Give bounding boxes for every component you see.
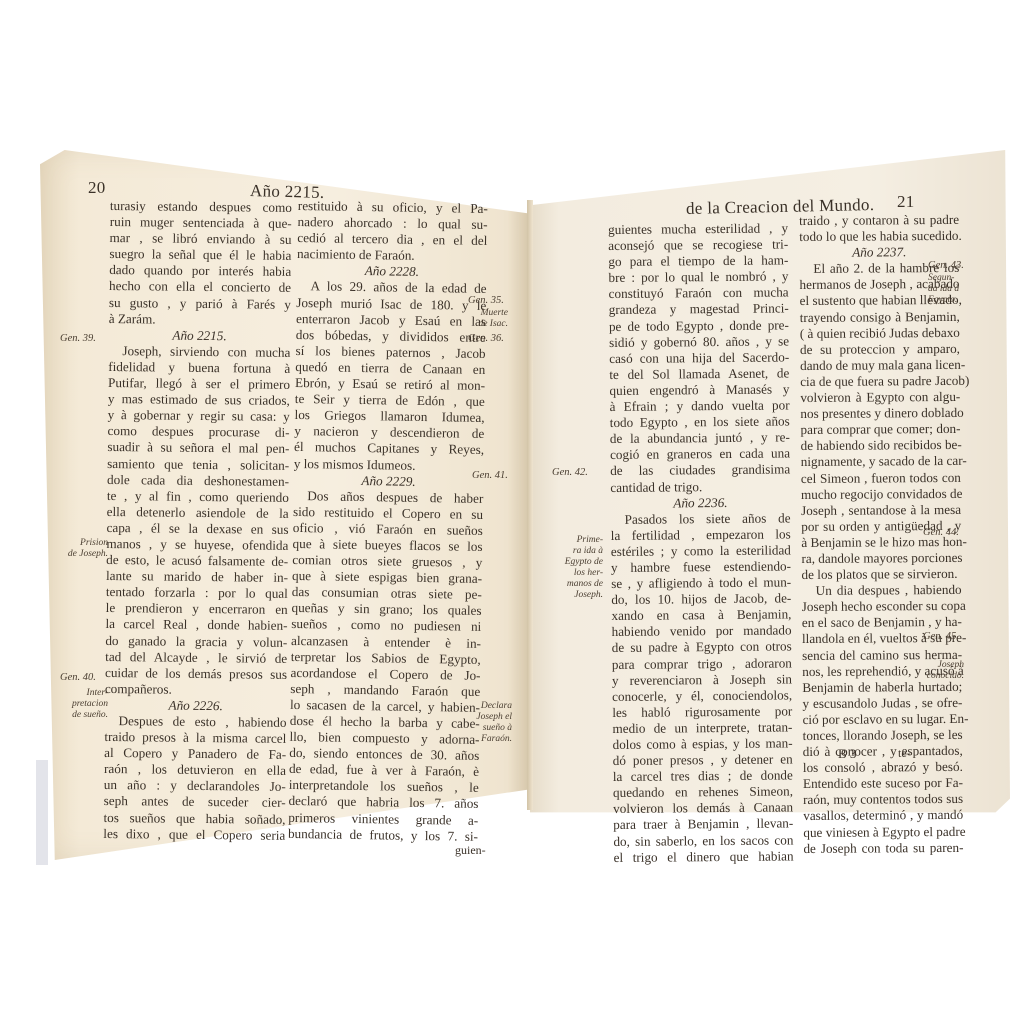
text-line: Entendido este suceso por Fa- — [803, 775, 963, 792]
text-line: cogió en graneros en cada una — [610, 446, 790, 464]
text-line: bre : por lo qual le nombró , y — [608, 269, 788, 287]
text-line: tad del Alcayde , le sirvió de — [105, 649, 287, 667]
text-line: al Copero y Panadero de Fa- — [104, 745, 286, 763]
text-line: dó poner presos , y detener en — [613, 752, 793, 770]
text-line: do, sin saberlo, en los sacos con — [613, 832, 793, 850]
text-line: tos sueños que habia soñado, — [103, 810, 285, 828]
text-line: todo lo que les habia sucedido. — [799, 228, 959, 245]
text-line: su gusto , y parió à Farés y — [109, 295, 291, 313]
left-column-2: restituido à su oficio, y el Pa-nadero a… — [288, 198, 488, 845]
year-heading: Año 2237. — [799, 244, 959, 261]
text-line: habiendo venido por mandado — [612, 623, 792, 641]
text-line: pe de todo Egypto , donde pre- — [609, 317, 789, 335]
margin-ref-gen39: Gen. 39. — [60, 333, 96, 344]
text-line: de Joseph con toda su paren- — [803, 840, 963, 857]
text-line: do ganado la gracia y volun- — [105, 633, 287, 651]
text-line: fidelidad y buena fortuna à — [108, 359, 290, 377]
text-line: y escusandolo Judas , se ofre- — [802, 695, 962, 712]
text-line: samiento que tenia , solicitan- — [107, 455, 289, 473]
margin-ref-gen40: Gen. 40. — [60, 672, 96, 683]
text-line: de esto, le acusó falsamente de- — [106, 552, 288, 570]
text-line: à Zarám. — [109, 311, 291, 329]
text-line: para comprar que comer; don- — [800, 421, 960, 438]
text-line: la carcel tres dias ; de donde — [613, 768, 793, 786]
open-book: 20 Año 2215. turasiy estando despues com… — [0, 0, 1024, 1024]
right-page-number: 21 — [897, 192, 915, 212]
text-line: de las ciudades grandisima — [610, 462, 790, 480]
text-line: cel Simeon , fueron todos con — [801, 469, 961, 486]
text-line: y los mismos Idumeos. — [294, 455, 484, 474]
text-line: para comprar trigo , adoraron — [612, 655, 792, 673]
text-line: para traer à Benjamin , llevan- — [613, 816, 793, 834]
text-line: manos , y se huyese, ofendida — [106, 536, 288, 554]
text-line: se , y afligiendo à todo el mun- — [611, 574, 791, 592]
margin-note-declara: Declara Joseph el sueño à Faraón. — [470, 701, 512, 745]
text-line: les dixo , que el Copero seria — [103, 826, 285, 844]
text-line: mar , se libró enviando à su — [109, 230, 291, 248]
text-line: Despues de esto , habiendo — [104, 713, 286, 731]
text-line: Putifar, llegó à ser el primero — [108, 375, 290, 393]
text-line: volvieron à Egypto con algu- — [800, 389, 960, 406]
margin-ref-gen43: Gen. 43. — [928, 260, 964, 271]
text-line: de la abundancia juntó , y re- — [610, 430, 790, 448]
text-line: ella detenerlo asiendole de la — [107, 504, 289, 522]
text-line: de su padre à Egypto con otros — [612, 639, 792, 657]
book-gutter — [527, 200, 533, 810]
text-line: de su proteccion y amparo, — [800, 341, 960, 358]
text-line: cantidad de trigo. — [610, 478, 790, 496]
left-cover-edge — [36, 760, 48, 865]
text-line: les habló rigurosamente por — [612, 703, 792, 721]
text-line: quien engendró à Manasés y — [609, 381, 789, 399]
text-line: tentado forzarla : por lo qual — [106, 584, 288, 602]
text-line: los consoló , abrazó y besó. — [803, 759, 963, 776]
margin-note-interpretacion: Inter- pretacion de sueño. — [56, 688, 108, 721]
right-column-1: guientes mucha esterilidad , yaconsejó q… — [608, 220, 794, 865]
text-line: bundancia de frutos, y los 7. si- — [288, 826, 478, 845]
text-line: te , y al fin , como queriendo — [107, 488, 289, 506]
text-line: raón , los detuvieron en ella — [104, 761, 286, 779]
text-line: y reverenciaron à Joseph sin — [612, 671, 792, 689]
text-line: constituyó Faraón con mucha — [609, 285, 789, 303]
text-line: todo Egypto , en los siete años — [610, 414, 790, 432]
text-line: ra, dandole mayores porciones — [801, 550, 961, 567]
text-line: la fertilidad , empezaron los — [611, 526, 791, 544]
text-line: capa , él se la dexase en sus — [106, 520, 288, 538]
text-line: te del Sol llamada Asenet, de — [609, 365, 789, 383]
text-line: dió à conocer , y espantados, — [803, 743, 963, 760]
text-line: do, los 10. hijos de Jacob, de- — [611, 591, 791, 609]
text-line: y à gobernar y regir su casa: y — [108, 407, 290, 425]
text-line: nignamente, y sacado de la car- — [801, 453, 961, 470]
text-line: hecho con ella el concierto de — [109, 278, 291, 296]
text-line: nos presentes y dinero doblado — [800, 405, 960, 422]
text-line: trayendo consigo à Benjamin, — [800, 308, 960, 325]
text-line: estériles ; y como la esterilidad — [611, 542, 791, 560]
text-line: Joseph, sirviendo con mucha — [108, 343, 290, 361]
right-catchword: te- — [898, 746, 911, 761]
text-line: cuidar de los demás presos sus — [105, 665, 287, 683]
text-line: quedando en rehenes Simeon, — [613, 784, 793, 802]
text-line: go para el tiempo de la ham- — [608, 253, 788, 271]
text-line: que viniesen à Egypto el padre — [803, 823, 963, 840]
text-line: de habiendo sido recibidos be- — [801, 437, 961, 454]
text-line: y mas estimado de sus criados, — [108, 391, 290, 409]
margin-note-primera-ida: Prime- ra ida à Egypto de los her- manos… — [553, 535, 603, 601]
text-line: compañeros. — [105, 681, 287, 699]
text-line: vasallos, determinó , y mandó — [803, 807, 963, 824]
margin-ref-gen36: Gen. 36. — [468, 333, 504, 344]
text-line: suadir à su señora el mal pen- — [107, 439, 289, 457]
text-line: raón, muy contentos todos sus — [803, 791, 963, 808]
text-line: xando en casa à Benjamin, — [611, 607, 791, 625]
left-column-1: turasiy estando despues comoruin muger s… — [103, 198, 292, 844]
text-line: cia de que fuera su padre Jacob) — [800, 373, 960, 390]
text-line: como despues procurase di- — [107, 423, 289, 441]
text-line: de los platos que se sirvieron. — [801, 566, 961, 583]
text-line: conocerle, y él, conociendolos, — [612, 687, 792, 705]
text-line: mucho regocijo convidados de — [801, 485, 961, 502]
text-line: ció por esclavo en su lugar. En- — [802, 711, 962, 728]
text-line: sidió y gobernó 80. años , y se — [609, 333, 789, 351]
left-catchword: guien- — [455, 843, 486, 858]
text-line: dado quando por interés habia — [109, 262, 291, 280]
text-line: un año : y declarandoles Jo- — [104, 777, 286, 795]
text-line: guientes mucha esterilidad , y — [608, 220, 788, 238]
margin-ref-gen42: Gen. 42. — [552, 467, 588, 478]
left-page-number: 20 — [88, 178, 106, 198]
margin-note-muerte: Muerte de Isac. — [472, 308, 508, 330]
text-line: turasiy estando despues como — [110, 198, 292, 216]
margin-ref-gen41: Gen. 41. — [472, 470, 508, 481]
text-line: medio de un interprete, tratan- — [612, 719, 792, 737]
text-line: en el saco de Benjamin , y ha- — [802, 614, 962, 631]
text-line: el trigo el dinero que habian — [613, 848, 793, 866]
text-line: dolos como à espias, y los man- — [612, 735, 792, 753]
margin-ref-gen45: Gen. 45. — [923, 631, 959, 642]
text-line: Pasados los siete años de — [611, 510, 791, 528]
text-line: traido , y contaron à su padre — [799, 212, 959, 229]
margin-note-segunda-ida: Segun- da ida à Egypto. — [928, 273, 970, 306]
text-line: volvieron los demás à Canaan — [613, 800, 793, 818]
text-line: y hambre fuese estendiendo- — [611, 558, 791, 576]
text-line: seph antes de suceder cier- — [104, 793, 286, 811]
text-line: ( à quien recibió Judas debaxo — [800, 325, 960, 342]
year-heading: Año 2215. — [108, 327, 290, 345]
margin-note-prision: Prision de Joseph. — [66, 538, 108, 560]
text-line: ruin muger sentenciada à que- — [110, 214, 292, 232]
text-line: lante su marido de haber in- — [106, 568, 288, 586]
year-heading: Año 2236. — [610, 494, 790, 512]
text-line: à Efrain ; y dando vuelta por — [610, 397, 790, 415]
text-line: suegro la señal que él le habia — [109, 246, 291, 264]
text-line: tonces, llorando Joseph, se les — [803, 727, 963, 744]
margin-note-joseph-conocido: Joseph conocido. — [920, 660, 964, 682]
text-line: le prendieron y encerraron en — [106, 600, 288, 618]
text-line: Joseph , sentandose à la mesa — [801, 502, 961, 519]
text-line: traido presos à la misma carcel — [104, 729, 286, 747]
text-line: Joseph hecho esconder su copa — [802, 598, 962, 615]
signature-mark: B 3 — [838, 746, 856, 762]
text-line: la carcel Real , donde habien- — [105, 616, 287, 634]
text-line: grandeza y magestad Princi- — [609, 301, 789, 319]
year-heading: Año 2226. — [105, 697, 287, 715]
margin-ref-gen44: Gen. 44. — [923, 527, 959, 538]
text-line: casó con una hija del Sacerdo- — [609, 349, 789, 367]
text-line: Un dia despues , habiendo — [802, 582, 962, 599]
text-line: dole cada dia deshonestamen- — [107, 472, 289, 490]
text-line: aconsejó que se recogiese tri- — [608, 237, 788, 255]
text-line: dando de muy mala gana licen- — [800, 357, 960, 374]
margin-ref-gen35: Gen. 35. — [468, 295, 504, 306]
